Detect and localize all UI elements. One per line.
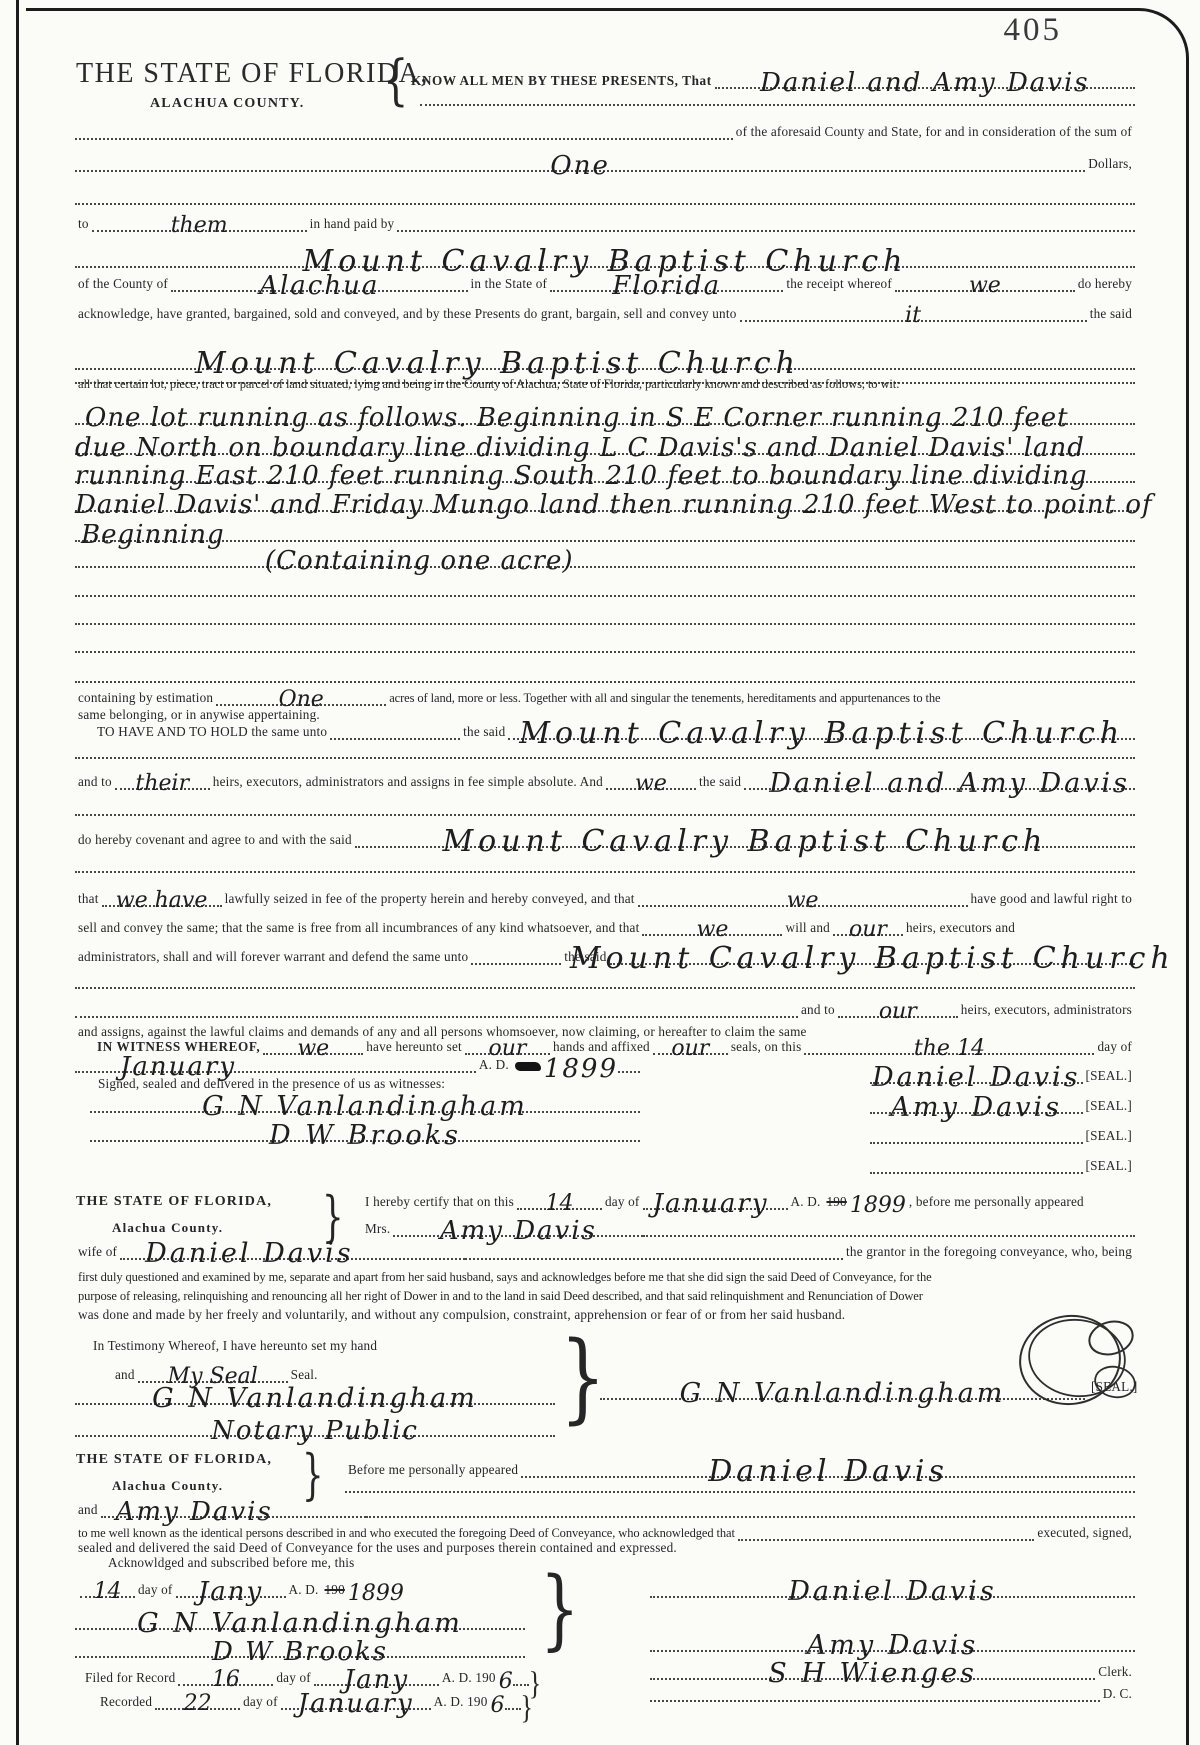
row-dc: D. C. xyxy=(650,1684,1135,1702)
receipt-text: the receipt whereof xyxy=(783,276,895,292)
dotted-leader: Alachua xyxy=(171,272,468,292)
dotted-leader: Florida xyxy=(550,272,783,292)
the-said-text: the said xyxy=(460,724,508,740)
to-have-text: TO HAVE AND TO HOLD the same unto xyxy=(75,724,330,740)
dotted-leader xyxy=(366,1498,1135,1518)
ruled-line: One lot running as follows. Beginning in… xyxy=(75,405,1135,425)
dotted-leader: our xyxy=(833,916,903,936)
dotted-leader: Daniel and Amy Davis xyxy=(744,770,1135,790)
row-notary-sig-right: G N Vanlandingham xyxy=(600,1382,1085,1400)
row-defend: administrators, shall and will forever w… xyxy=(75,947,1135,965)
grantor-text: the grantor in the foregoing conveyance,… xyxy=(843,1244,1135,1260)
dotted-leader: their xyxy=(115,770,210,790)
estimation-label: containing by estimation xyxy=(75,690,216,706)
row-blank xyxy=(75,665,1135,683)
row-acknowledge: acknowledge, have granted, bargained, so… xyxy=(75,304,1135,322)
to-text: to xyxy=(75,216,92,232)
row-land-intro: all that certain lot, piece, tract or pa… xyxy=(75,374,1135,392)
row-dower-line1: first duly questioned and examined by me… xyxy=(75,1267,1135,1285)
the-said-text: the said xyxy=(696,774,744,790)
brace-glyph: } xyxy=(540,1566,579,1653)
do-hereby-text: do hereby xyxy=(1075,276,1135,292)
state-of-text: in the State of xyxy=(468,276,551,292)
row-clerk: S H Wienges Clerk. xyxy=(650,1662,1135,1680)
dotted-leader: we xyxy=(263,1035,363,1055)
ad-text: A. D. xyxy=(286,1582,322,1598)
row-desc-1: One lot running as follows. Beginning in… xyxy=(75,407,1135,425)
row-seal-3: [SEAL.] xyxy=(870,1126,1135,1144)
row-seal-bracket: [SEAL.] xyxy=(1088,1377,1140,1395)
ruled-line: running East 210 feet running South 210 … xyxy=(75,463,1135,483)
dotted-leader: Mount Cavalry Baptist Church xyxy=(75,248,1135,268)
dotted-leader: we xyxy=(638,887,968,907)
dotted-leader xyxy=(465,1240,843,1260)
seal-word-text: Seal. xyxy=(288,1367,321,1383)
dotted-leader: S H Wienges xyxy=(650,1660,1095,1680)
dotted-leader: 22 xyxy=(155,1690,240,1710)
row-blank xyxy=(75,635,1135,653)
land-intro-text: all that certain lot, piece, tract or pa… xyxy=(75,377,903,392)
ruled-line xyxy=(75,853,1135,873)
row-ack-date: 14 day of Jany A. D. 190 1899 xyxy=(80,1580,500,1598)
state-title: THE STATE OF FLORIDA, xyxy=(76,58,429,90)
day-of-text: day of xyxy=(602,1194,643,1210)
scan-left-edge xyxy=(16,0,19,1745)
dc-label: D. C. xyxy=(1100,1686,1135,1702)
ad-printed-struck: 190 xyxy=(321,1582,347,1598)
row-blank xyxy=(75,971,1135,989)
ruled-line xyxy=(75,739,1135,759)
before-text: , before me personally appeared xyxy=(906,1194,1087,1210)
ruled-line xyxy=(75,633,1135,653)
dotted-leader: January xyxy=(643,1190,788,1210)
row-witness-2: D W Brooks xyxy=(90,1124,640,1142)
dotted-leader: 16 xyxy=(178,1666,273,1686)
row-heirs: and to their heirs, executors, administr… xyxy=(75,772,1135,790)
dotted-leader: January xyxy=(75,1053,476,1073)
dotted-leader xyxy=(505,1690,521,1710)
row-ack-notary: G N Vanlandingham xyxy=(75,1612,525,1630)
belonging-text: same belonging, or in anywise appertaini… xyxy=(75,707,323,723)
testimony-text: In Testimony Whereof, I have hereunto se… xyxy=(90,1338,380,1354)
row-notary-title: Notary Public xyxy=(75,1419,555,1437)
dower-paragraph-3: was done and made by her freely and volu… xyxy=(75,1307,848,1323)
ruled-line xyxy=(75,605,1135,625)
dotted-leader xyxy=(75,998,798,1018)
day-of-text: day of xyxy=(240,1694,281,1710)
brace-glyph: } xyxy=(322,1190,344,1244)
dotted-leader: Amy Davis xyxy=(101,1498,366,1518)
dotted-leader xyxy=(471,945,561,965)
row-blank xyxy=(75,798,1135,816)
ad-190-text: A. D. 190 xyxy=(431,1694,491,1710)
row-blank xyxy=(75,579,1135,597)
notary-seal-scribble xyxy=(1015,1310,1145,1414)
row-containing: (Containing one acre) xyxy=(75,550,1135,568)
seal-label: [SEAL.] xyxy=(1083,1158,1135,1174)
row-desc-2: due North on boundary line dividing L C … xyxy=(75,437,1135,455)
heirs-executors-text: heirs, executors and xyxy=(903,920,1018,936)
dotted-leader: we xyxy=(895,272,1075,292)
row-date-line: January A. D. 1899 xyxy=(75,1055,640,1073)
ruled-line xyxy=(75,796,1135,816)
ruled-line xyxy=(345,1473,1135,1493)
ruled-line: due North on boundary line dividing L C … xyxy=(75,435,1135,455)
row-subscribed: Acknowldged and subscribed before me, th… xyxy=(105,1553,1135,1571)
row-blank xyxy=(75,187,1135,205)
aforesaid-text: of the aforesaid County and State, for a… xyxy=(733,124,1135,140)
seal-label: [SEAL.] xyxy=(1083,1098,1135,1114)
ruled-line xyxy=(75,969,1135,989)
dotted-leader xyxy=(643,1217,1135,1237)
row-filed: Filed for Record 16 day of Jany A. D. 19… xyxy=(82,1668,610,1686)
sell-text: sell and convey the same; that the same … xyxy=(75,920,642,936)
dotted-leader: the 14 xyxy=(804,1035,1094,1055)
dotted-leader: G N Vanlandingham xyxy=(75,1385,555,1405)
dotted-leader: D W Brooks xyxy=(75,1638,525,1658)
dotted-leader: G N Vanlandingham xyxy=(75,1610,525,1630)
row-recorded: Recorded 22 day of January A. D. 190 6 } xyxy=(97,1692,610,1710)
certify-text: I hereby certify that on this xyxy=(362,1194,517,1210)
dotted-leader: G N Vanlandingham xyxy=(600,1380,1085,1400)
ad-190-text: A. D. 190 xyxy=(439,1670,499,1686)
row-notary-signature: G N Vanlandingham xyxy=(75,1387,555,1405)
dotted-leader: G N Vanlandingham xyxy=(90,1093,640,1113)
row-seized: that we have lawfully seized in fee of t… xyxy=(75,889,1135,907)
row-sig-daniel-2: Daniel Davis xyxy=(650,1580,1135,1598)
row-desc-5: Beginning xyxy=(75,524,1135,542)
row-seal-4: [SEAL.] xyxy=(870,1156,1135,1174)
dotted-leader: One xyxy=(75,152,1085,172)
day-of-text: day of xyxy=(135,1582,176,1598)
row-blank xyxy=(75,855,1135,873)
row-my-seal: and My Seal Seal. xyxy=(112,1365,442,1383)
dotted-leader: Daniel Davis xyxy=(870,1064,1083,1084)
seal-label: [SEAL.] xyxy=(1083,1068,1135,1084)
seal-label: [SEAL.] xyxy=(1088,1379,1140,1395)
dotted-leader xyxy=(870,1154,1083,1174)
row-blank xyxy=(345,1475,1135,1493)
dotted-leader: Daniel Davis xyxy=(120,1240,465,1260)
county-title: ALACHUA COUNTY. xyxy=(150,96,304,112)
dotted-leader: it xyxy=(740,302,1087,322)
brace-glyph: } xyxy=(302,1448,324,1502)
deed-page: 405 THE STATE OF FLORIDA, ALACHUA COUNTY… xyxy=(0,0,1200,1745)
subscribed-text: Acknowldged and subscribed before me, th… xyxy=(105,1555,357,1571)
row-sig-amy-2: Amy Davis xyxy=(650,1634,1135,1652)
dotted-leader: One xyxy=(216,686,386,706)
row-county-state: of the County of Alachua in the State of… xyxy=(75,274,1135,292)
row-witness-1: G N Vanlandingham xyxy=(90,1095,640,1113)
row-certify: I hereby certify that on this 14 day of … xyxy=(362,1192,1135,1210)
the-said-text: the said xyxy=(1087,306,1135,322)
ruled-line xyxy=(75,185,1135,205)
row-ack-witness: D W Brooks xyxy=(75,1640,525,1658)
dotted-leader xyxy=(397,212,1135,232)
filed-label: Filed for Record xyxy=(82,1670,178,1686)
ad-text: A. D. xyxy=(788,1194,824,1210)
row-desc-3: running East 210 feet running South 210 … xyxy=(75,465,1135,483)
seal-label: [SEAL.] xyxy=(1083,1128,1135,1144)
row-covenant: do hereby covenant and agree to and with… xyxy=(75,830,1135,848)
dotted-leader: 14 xyxy=(517,1190,602,1210)
dotted-leader: we xyxy=(642,916,782,936)
and-text: and xyxy=(75,1502,101,1518)
dotted-leader: Amy Davis xyxy=(650,1632,1135,1652)
acknowledge-text: acknowledge, have granted, bargained, so… xyxy=(75,306,740,322)
row-wife-of: wife of Daniel Davis the grantor in the … xyxy=(75,1242,1135,1260)
day-of-text: day of xyxy=(273,1670,314,1686)
estimation-text: acres of land, more or less. Together wi… xyxy=(386,691,943,706)
dotted-leader: we xyxy=(606,770,696,790)
covenant-text: do hereby covenant and agree to and with… xyxy=(75,832,355,848)
dotted-leader: 14 xyxy=(80,1578,135,1598)
recorded-label: Recorded xyxy=(97,1694,155,1710)
and-to-text: and to xyxy=(798,1002,838,1018)
dotted-leader: Mount Cavalry Baptist Church xyxy=(610,945,1135,965)
brace-glyph: } xyxy=(560,1328,606,1425)
dollars-text: Dollars, xyxy=(1085,156,1135,172)
row-and-to-heirs: and to our heirs, executors, administrat… xyxy=(75,1000,1135,1018)
row-to-have: TO HAVE AND TO HOLD the same unto the sa… xyxy=(75,722,1135,740)
county-of-text: of the County of xyxy=(75,276,171,292)
row-and-amy: and Amy Davis xyxy=(75,1500,1135,1518)
row-blank xyxy=(420,88,1135,106)
ad-printed-struck: 190 xyxy=(823,1194,849,1210)
seals-text: seals, on this xyxy=(728,1039,805,1055)
ad-text: A. D. xyxy=(476,1057,512,1073)
heirs-admins-text: heirs, executors, administrators xyxy=(958,1002,1135,1018)
heirs-text: heirs, executors, administrators and ass… xyxy=(210,774,606,790)
ruled-line: (Containing one acre) xyxy=(75,548,1135,568)
row-blank xyxy=(75,741,1135,759)
ruled-line: Beginning xyxy=(75,522,1135,542)
dotted-leader: D W Brooks xyxy=(90,1122,640,1142)
ink-blot xyxy=(515,1062,541,1071)
ruled-line xyxy=(75,663,1135,683)
dower-paragraph-1: first duly questioned and examined by me… xyxy=(75,1270,935,1285)
in-hand-text: in hand paid by xyxy=(307,216,398,232)
dotted-leader: our xyxy=(465,1035,550,1055)
row-testimony: In Testimony Whereof, I have hereunto se… xyxy=(90,1336,1135,1354)
row-aforesaid: of the aforesaid County and State, for a… xyxy=(75,122,1135,140)
right-to-text: have good and lawful right to xyxy=(968,891,1135,907)
clerk-label: Clerk. xyxy=(1095,1664,1135,1680)
page-number: 405 xyxy=(1004,12,1063,49)
administrators-text: administrators, shall and will forever w… xyxy=(75,949,471,965)
ack-county-title: Alachua County. xyxy=(112,1478,223,1494)
dotted-leader: My Seal xyxy=(138,1363,288,1383)
dower-state-title: THE STATE OF FLORIDA, xyxy=(76,1194,272,1210)
row-dollars: One Dollars, xyxy=(75,154,1135,172)
dotted-leader: we have xyxy=(102,887,222,907)
row-blank xyxy=(75,607,1135,625)
dotted-leader xyxy=(870,1124,1083,1144)
dotted-leader xyxy=(618,1053,640,1073)
will-and-text: will and xyxy=(782,920,832,936)
dotted-leader: Jany xyxy=(176,1578,286,1598)
and-to-text: and to xyxy=(75,774,115,790)
that-text: that xyxy=(75,891,102,907)
seized-text: lawfully seized in fee of the property h… xyxy=(222,891,638,907)
row-estimation: containing by estimation One acres of la… xyxy=(75,688,1135,706)
row-sell: sell and convey the same; that the same … xyxy=(75,918,1135,936)
dotted-leader: Daniel Davis xyxy=(650,1578,1135,1598)
row-seal-1: Daniel Davis [SEAL.] xyxy=(870,1066,1135,1084)
dotted-leader: Notary Public xyxy=(75,1417,555,1437)
dower-paragraph-2: purpose of releasing, relinquishing and … xyxy=(75,1289,926,1304)
row-seal-2: Amy Davis [SEAL.] xyxy=(870,1096,1135,1114)
ruled-line xyxy=(75,577,1135,597)
dotted-leader xyxy=(75,120,733,140)
dotted-leader: Amy Davis xyxy=(393,1217,643,1237)
signed-text: Signed, sealed and delivered in the pres… xyxy=(95,1076,448,1092)
ruled-line xyxy=(420,86,1135,106)
row-paid-by: to them in hand paid by xyxy=(75,214,1135,232)
ack-state-title: THE STATE OF FLORIDA, xyxy=(76,1452,272,1468)
and-text: and xyxy=(112,1367,138,1383)
day-of-text: day of xyxy=(1094,1039,1135,1055)
row-dower-line2: purpose of releasing, relinquishing and … xyxy=(75,1286,1135,1304)
dotted-leader: Amy Davis xyxy=(870,1094,1083,1114)
dotted-leader: our xyxy=(653,1035,728,1055)
dotted-leader xyxy=(513,1666,529,1686)
ruled-line: Daniel Davis' and Friday Mungo land then… xyxy=(75,492,1135,512)
dotted-leader: our xyxy=(838,998,958,1018)
dotted-leader: Mount Cavalry Baptist Church xyxy=(355,828,1135,848)
dotted-leader: Jany xyxy=(314,1666,439,1686)
row-mrs: Mrs. Amy Davis xyxy=(362,1219,1135,1237)
row-desc-4: Daniel Davis' and Friday Mungo land then… xyxy=(75,494,1135,512)
dower-county-title: Alachua County. xyxy=(112,1220,223,1236)
row-grantee-name: Mount Cavalry Baptist Church xyxy=(75,250,1135,268)
dotted-leader: Mount Cavalry Baptist Church xyxy=(508,720,1135,740)
dotted-leader: them xyxy=(92,212,307,232)
wife-of-text: wife of xyxy=(75,1244,120,1260)
mrs-text: Mrs. xyxy=(362,1221,393,1237)
dotted-leader xyxy=(650,1682,1100,1702)
brace-glyph: { xyxy=(383,54,408,108)
dotted-leader xyxy=(330,720,460,740)
dotted-leader: January xyxy=(281,1690,431,1710)
